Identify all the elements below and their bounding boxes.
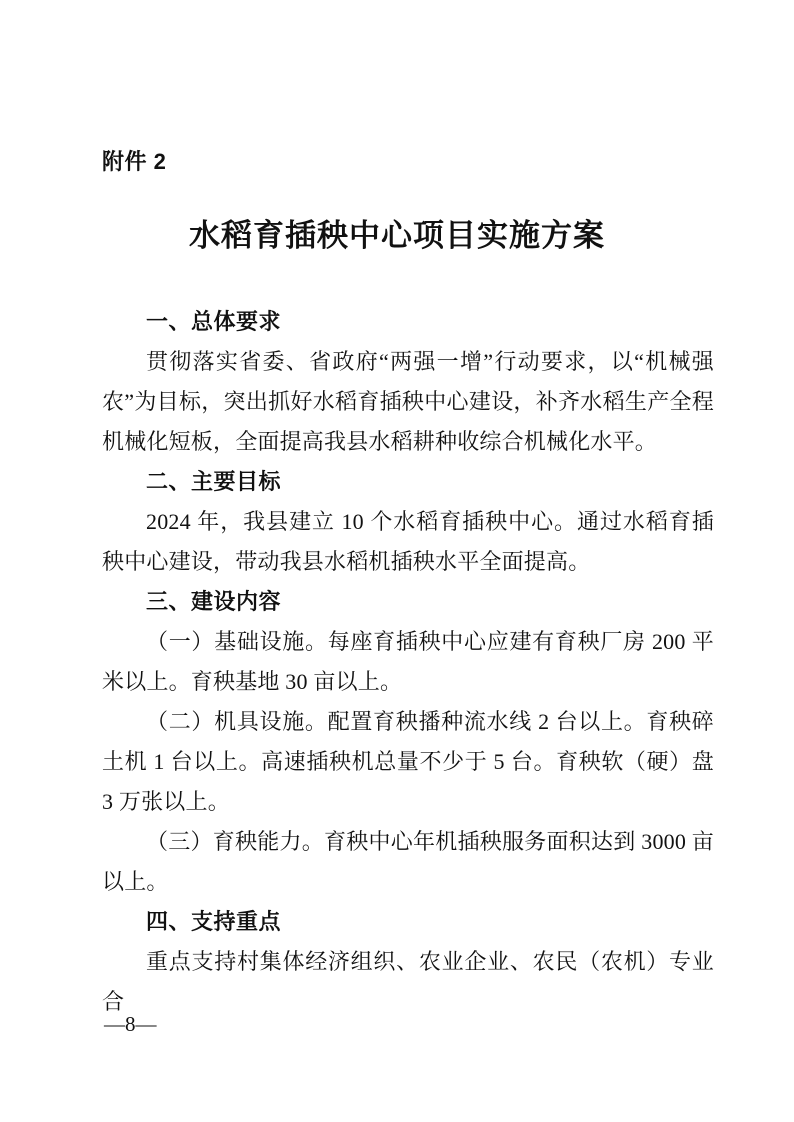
- paragraph-seedling-capacity: （三）育秧能力。育秧中心年机插秧服务面积达到 3000 亩以上。: [102, 822, 714, 902]
- section-heading-main-goals: 二、主要目标: [102, 462, 714, 502]
- document-page: 附件 2 水稻育插秧中心项目实施方案 一、总体要求 贯彻落实省委、省政府“两强一…: [0, 0, 794, 1122]
- paragraph-support-focus: 重点支持村集体经济组织、农业企业、农民（农机）专业合: [102, 942, 714, 1022]
- attachment-label: 附件 2: [102, 149, 166, 175]
- document-title: 水稻育插秧中心项目实施方案: [0, 217, 794, 255]
- section-heading-support-focus: 四、支持重点: [102, 902, 714, 942]
- paragraph-main-goals: 2024 年，我县建立 10 个水稻育插秧中心。通过水稻育插秧中心建设，带动我县…: [102, 502, 714, 582]
- paragraph-machinery-facilities: （二）机具设施。配置育秧播种流水线 2 台以上。育秧碎土机 1 台以上。高速插秧…: [102, 702, 714, 822]
- paragraph-basic-facilities: （一）基础设施。每座育插秧中心应建有育秧厂房 200 平米以上。育秧基地 30 …: [102, 622, 714, 702]
- section-heading-construction-content: 三、建设内容: [102, 582, 714, 622]
- page-number: —8—: [104, 1011, 157, 1037]
- paragraph-overall-requirements: 贯彻落实省委、省政府“两强一增”行动要求，以“机械强农”为目标，突出抓好水稻育插…: [102, 342, 714, 462]
- document-body: 一、总体要求 贯彻落实省委、省政府“两强一增”行动要求，以“机械强农”为目标，突…: [102, 302, 714, 1022]
- section-heading-overall-requirements: 一、总体要求: [102, 302, 714, 342]
